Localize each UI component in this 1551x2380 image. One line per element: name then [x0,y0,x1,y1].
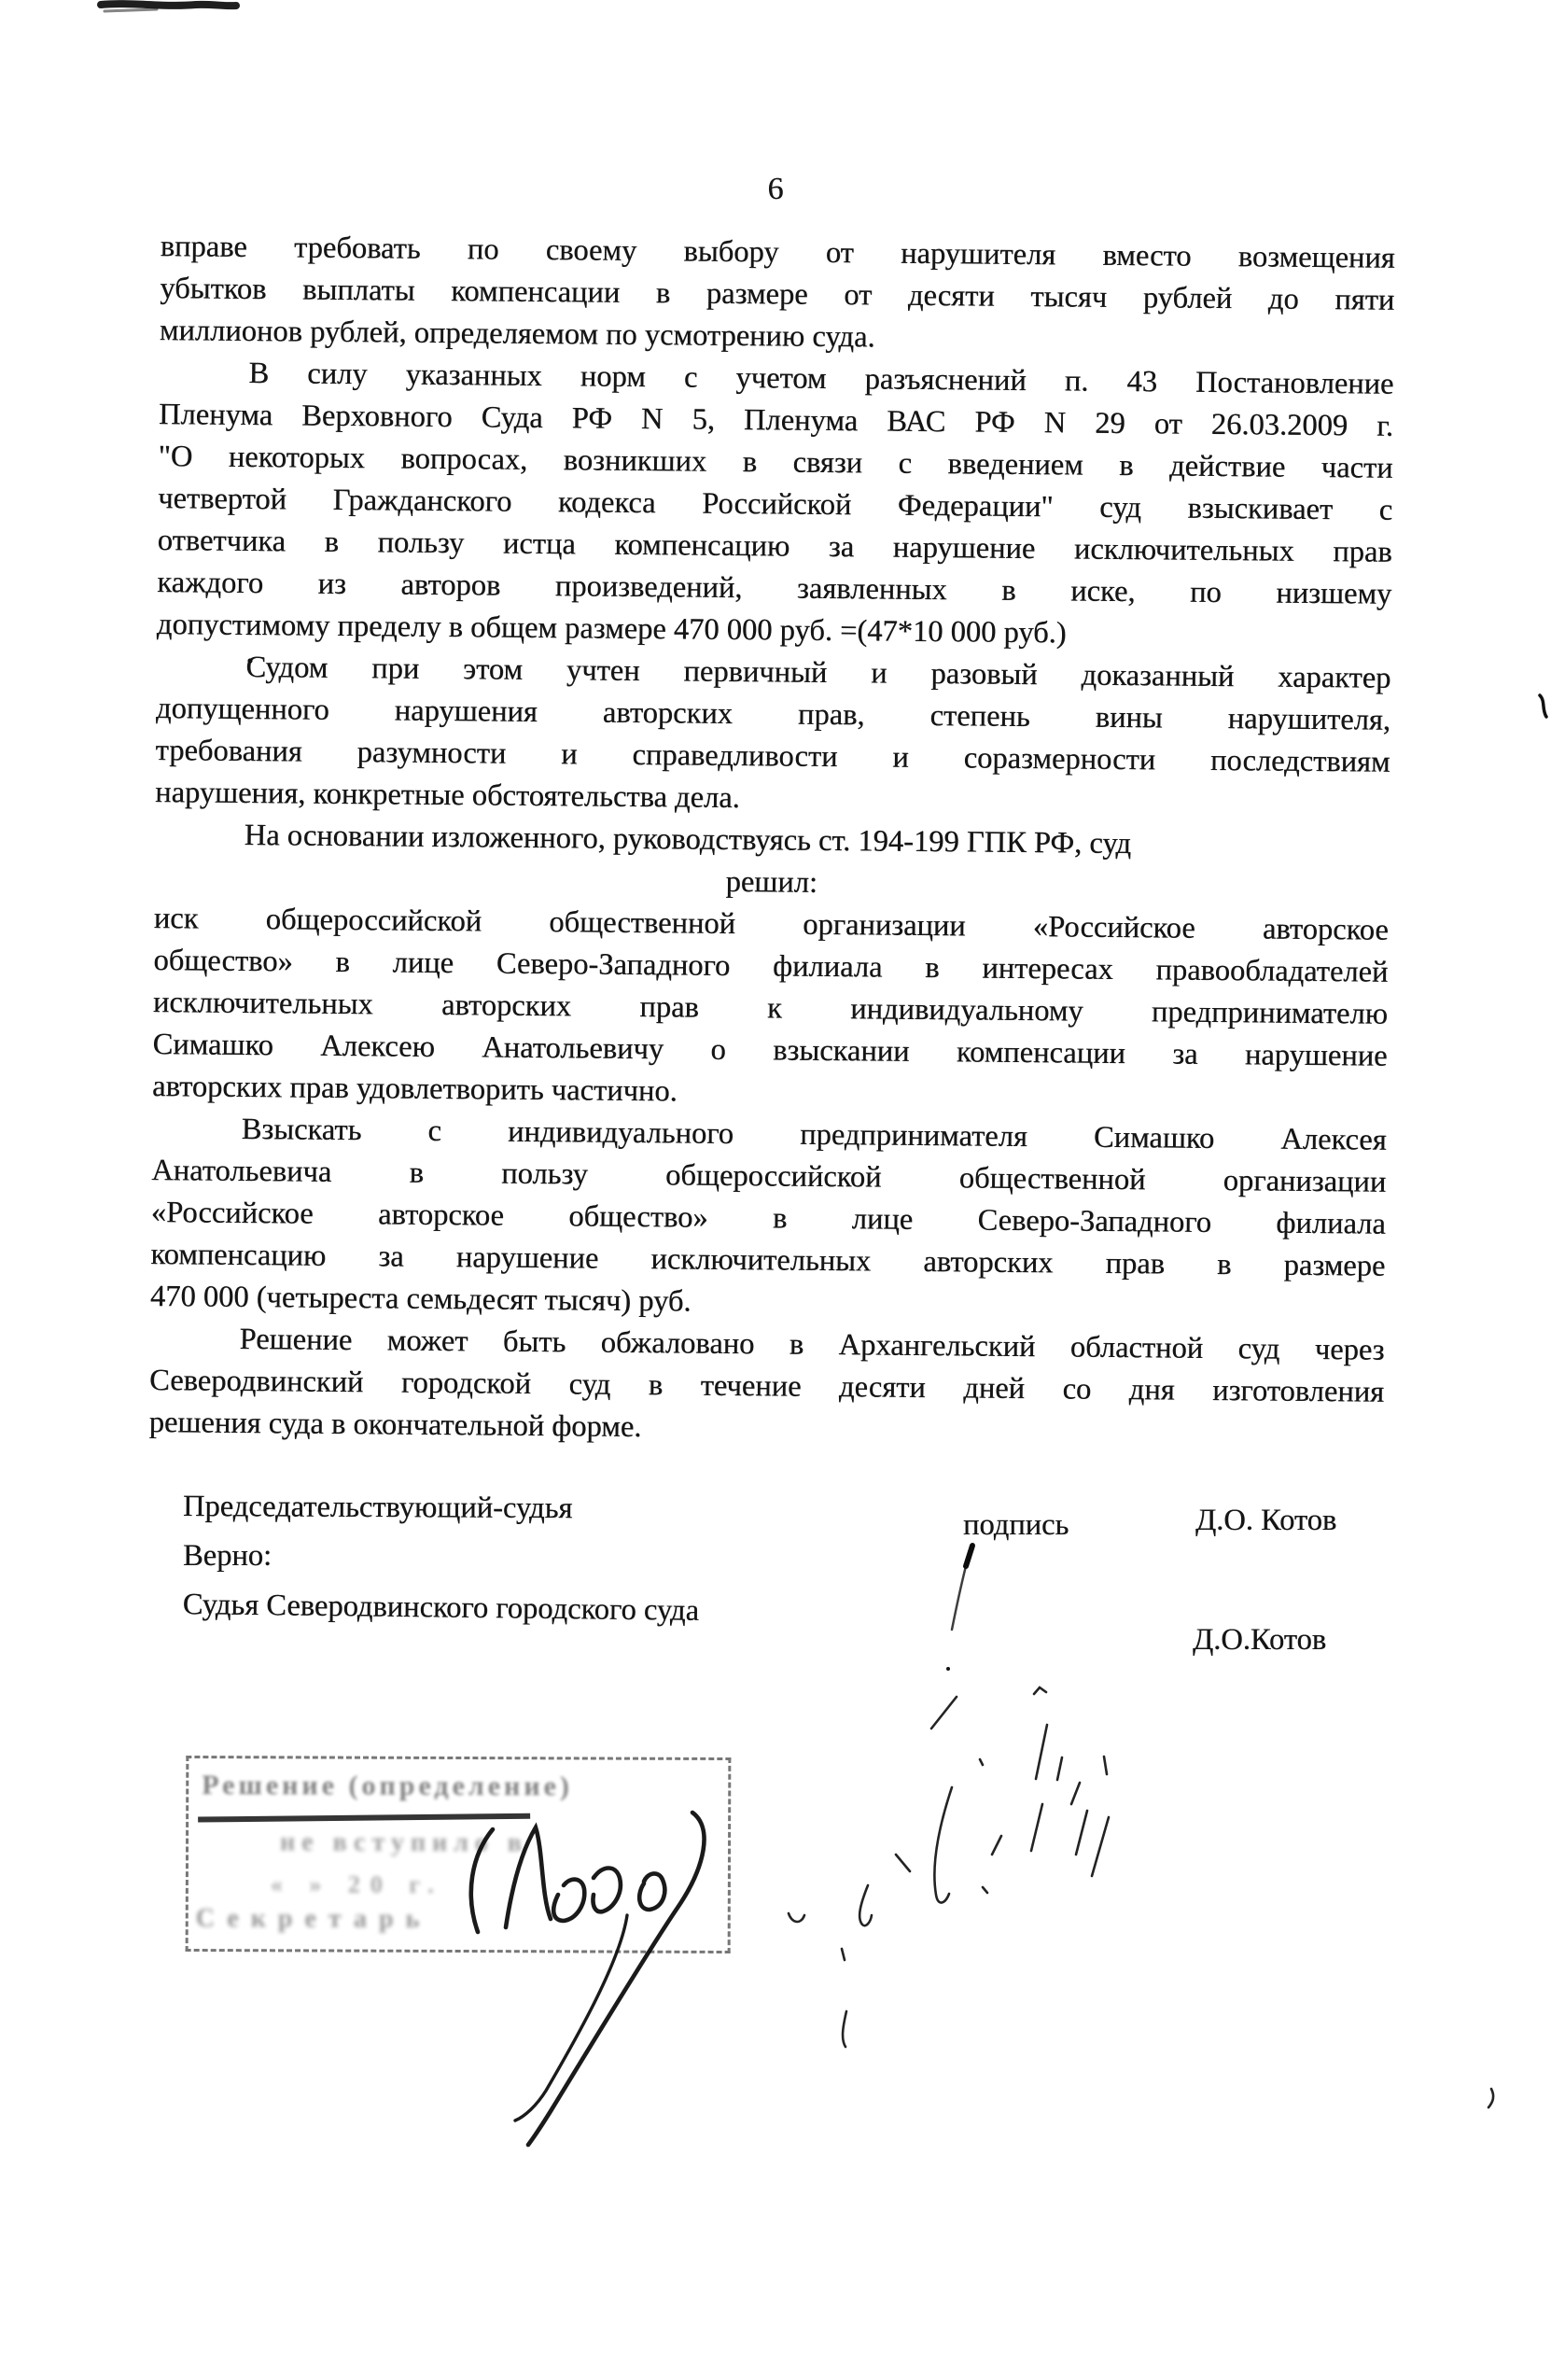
judge-name-copy: Д.О.Котов [1193,1623,1326,1658]
judge-name: Д.О. Котов [1195,1504,1336,1538]
body-text: вправе требовать по своему выбору от нар… [148,226,1394,1456]
court-stamp: Решение (определение) не вступило в « » … [186,1756,732,1953]
document-page: 6 вправе требовать по своему выбору от н… [0,0,1551,2380]
stamp-underline [198,1813,530,1823]
signature-placeholder-label: подпись [963,1508,1069,1543]
verno-label: Верно: [183,1539,272,1574]
scan-artifact-right-mark [1540,695,1546,717]
judge-title-label: Председательствующий-судья [183,1490,573,1526]
page-number: 6 [0,172,1551,207]
stamp-line-1: Решение (определение) [202,1770,573,1802]
pen-mark-under-podpis [946,1546,972,1671]
stamp-line-4: Секретарь [196,1904,432,1935]
court-judge-label: Судья Северодвинского городского суда [183,1588,700,1629]
ghost-signature-strokes [789,1687,1493,2107]
stamp-line-3: « » 20 г. [271,1870,444,1899]
scan-artifact-top-line [101,4,236,11]
stamp-line-2: не вступило в [280,1827,528,1858]
